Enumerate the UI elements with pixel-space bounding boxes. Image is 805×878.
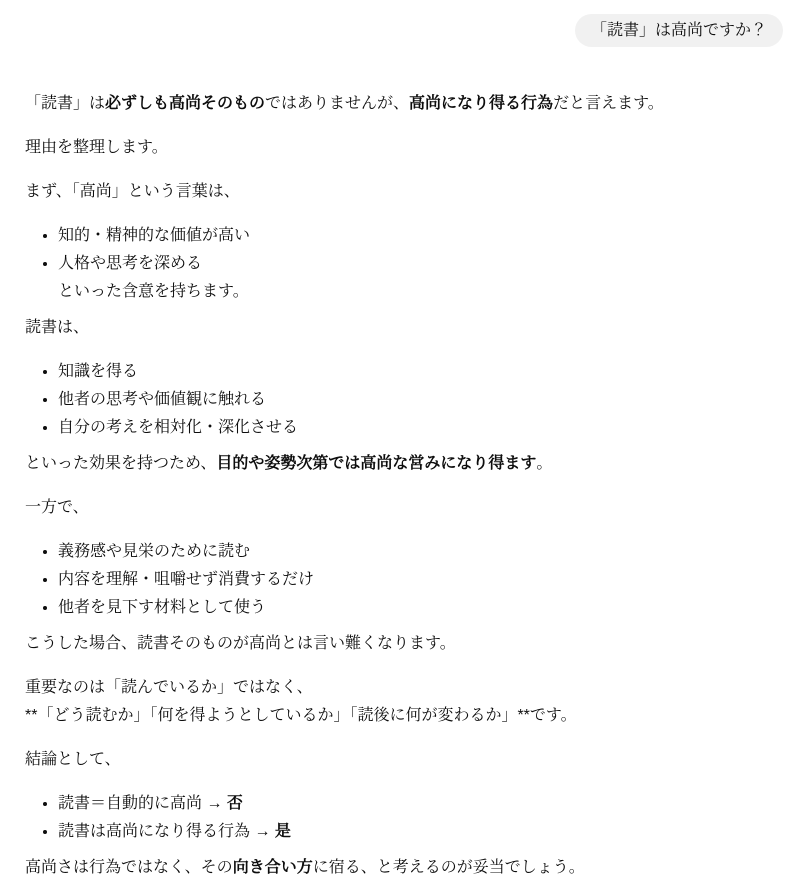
conclusion-list: 読書＝自動的に高尚 → 否 読書は高尚になり得る行為 → 是: [25, 790, 783, 846]
list-item: 他者の思考や価値観に触れる: [58, 386, 783, 414]
list-item: 知識を得る: [58, 358, 783, 386]
text-run: といった効果を持つため、: [25, 455, 216, 472]
list-item: 読書は高尚になり得る行為 → 是: [58, 818, 783, 846]
intro-paragraph: 「読書」は必ずしも高尚そのものではありませんが、高尚になり得る行為だと言えます。: [25, 90, 783, 118]
definition-list: 知的・精神的な価値が高い 人格や思考を深めるといった含意を持ちます。: [25, 222, 783, 306]
text-run: 人格や思考を深める: [58, 250, 783, 278]
counterpoint-list: 義務感や見栄のために読む 内容を理解・咀嚼せず消費するだけ 他者を見下す材料とし…: [25, 538, 783, 622]
paragraph-reading-intro: 読書は、: [25, 314, 783, 342]
list-item: 読書＝自動的に高尚 → 否: [58, 790, 783, 818]
paragraph-final: 高尚さは行為ではなく、その向き合い方に宿る、と考えるのが妥当でしょう。: [25, 854, 783, 878]
text-run: **「どう読むか」「何を得ようとしているか」「読後に何が変わるか」**です。: [25, 702, 783, 730]
paragraph-key-point: 重要なのは「読んでいるか」ではなく、**「どう読むか」「何を得ようとしているか」…: [25, 674, 783, 730]
text-run: 「読書」は: [25, 95, 105, 112]
text-run: ではありませんが、: [265, 95, 409, 112]
text-run: 読書は高尚になり得る行為 →: [58, 823, 275, 840]
bold-run: 向き合い方: [233, 859, 313, 876]
text-run: 読書＝自動的に高尚 →: [58, 795, 227, 812]
paragraph-counterpoint-intro: 一方で、: [25, 494, 783, 522]
text-run: に宿る、と考えるのが妥当でしょう。: [313, 859, 585, 876]
list-item: 人格や思考を深めるといった含意を持ちます。: [58, 250, 783, 306]
bold-run: 否: [227, 795, 243, 812]
list-item: 自分の考えを相対化・深化させる: [58, 414, 783, 442]
list-item: 他者を見下す材料として使う: [58, 594, 783, 622]
bold-run: 目的や姿勢次第では高尚な営みになり得ます: [216, 455, 536, 472]
chat-page: 「読書」は高尚ですか？ 「読書」は必ずしも高尚そのものではありませんが、高尚にな…: [0, 0, 805, 878]
paragraph-conclusion-intro: 結論として、: [25, 746, 783, 774]
user-message-bubble: 「読書」は高尚ですか？: [575, 14, 783, 47]
list-item: 知的・精神的な価値が高い: [58, 222, 783, 250]
user-message-row: 「読書」は高尚ですか？: [25, 14, 783, 47]
paragraph-counterpoint-conclusion: こうした場合、読書そのものが高尚とは言い難くなります。: [25, 630, 783, 658]
list-item: 義務感や見栄のために読む: [58, 538, 783, 566]
list-item: 内容を理解・咀嚼せず消費するだけ: [58, 566, 783, 594]
paragraph-reasons-intro: 理由を整理します。: [25, 134, 783, 162]
text-run: 重要なのは「読んでいるか」ではなく、: [25, 674, 783, 702]
text-run: だと言えます。: [553, 95, 664, 112]
text-run: 高尚さは行為ではなく、その: [25, 859, 233, 876]
bold-run: 高尚になり得る行為: [409, 95, 553, 112]
paragraph-effects-conclusion: といった効果を持つため、目的や姿勢次第では高尚な営みになり得ます。: [25, 450, 783, 478]
text-run: といった含意を持ちます。: [58, 278, 783, 306]
assistant-message: 「読書」は必ずしも高尚そのものではありませんが、高尚になり得る行為だと言えます。…: [25, 90, 783, 878]
bold-run: 是: [275, 823, 291, 840]
reading-effects-list: 知識を得る 他者の思考や価値観に触れる 自分の考えを相対化・深化させる: [25, 358, 783, 442]
paragraph-definition-intro: まず、「高尚」という言葉は、: [25, 178, 783, 206]
text-run: 。: [536, 455, 552, 472]
bold-run: 必ずしも高尚そのもの: [105, 95, 265, 112]
